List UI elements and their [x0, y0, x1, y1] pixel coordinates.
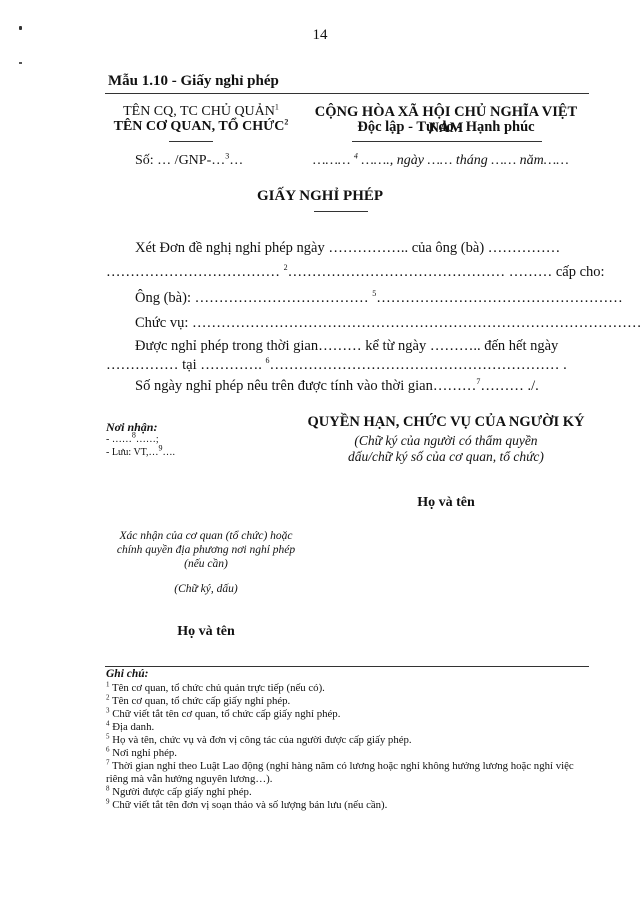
signer-name: Họ và tên	[296, 495, 596, 511]
recipient-item: - Lưu: VT,…9….	[106, 447, 175, 458]
underline	[352, 141, 542, 142]
divider	[105, 666, 589, 667]
scan-mark	[19, 62, 22, 64]
underline	[314, 211, 368, 212]
body-line: ……………………………… 2……………………………………… ……… cấp ch…	[106, 264, 592, 281]
signer-title: QUYỀN HẠN, CHỨC VỤ CỦA NGƯỜI KÝ	[296, 414, 596, 431]
notes-title: Ghi chú:	[106, 668, 149, 680]
footnote-item: 3 Chữ viết tắt tên cơ quan, tổ chức cấp …	[106, 708, 596, 721]
underline	[169, 141, 213, 142]
document-number: Số: … /GNP-…3…	[135, 153, 243, 169]
confirmation-name: Họ và tên	[106, 624, 306, 640]
footnote-item: 5 Họ và tên, chức vụ và đơn vị công tác …	[106, 734, 596, 747]
footnote-item: 6 Nơi nghỉ phép.	[106, 747, 596, 760]
divider	[105, 93, 589, 94]
footnote-item: 4 Địa danh.	[106, 721, 596, 734]
body-line: Ông (bà): ……………………………… 5……………………………………………	[135, 290, 623, 307]
document-title: GIẤY NGHỈ PHÉP	[0, 188, 640, 205]
confirmation-sign: (Chữ ký, dấu)	[106, 582, 306, 596]
footnote-item: 2 Tên cơ quan, tổ chức cấp giấy nghỉ phé…	[106, 695, 596, 708]
signer-note: (Chữ ký của người có thẩm quyền	[296, 433, 596, 449]
body-line: …………… tại …………. 6…………………………………………………… .	[106, 357, 567, 374]
footnote-item: 9 Chữ viết tắt tên đơn vị soạn thảo và s…	[106, 799, 596, 812]
org-name: TÊN CƠ QUAN, TỔ CHỨC2	[106, 119, 296, 135]
page-number: 14	[0, 27, 640, 44]
footnote-item: 8 Người được cấp giấy nghỉ phép.	[106, 786, 596, 799]
body-line: Được nghỉ phép trong thời gian……… kể từ …	[135, 338, 558, 355]
confirmation-text: Xác nhận của cơ quan (tổ chức) hoặc	[106, 529, 306, 543]
confirmation-text: chính quyền địa phương nơi nghỉ phép	[106, 543, 306, 557]
form-code: Mẫu 1.10 - Giấy nghỉ phép	[108, 73, 279, 90]
motto: Độc lập - Tự do - Hạnh phúc	[300, 119, 592, 135]
place-date: ……… 4 ……., ngày …… tháng …… năm……	[313, 153, 569, 169]
signer-note: dấu/chữ ký số của cơ quan, tổ chức)	[296, 449, 596, 465]
org-parent: TÊN CQ, TC CHỦ QUẢN1	[106, 104, 296, 120]
footnote-item: 7 Thời gian nghỉ theo Luật Lao động (ngh…	[106, 760, 596, 786]
recipient-item: - ……8……;	[106, 434, 159, 445]
confirmation-text: (nếu cần)	[106, 557, 306, 571]
body-line: Số ngày nghỉ phép nêu trên được tính vào…	[135, 378, 539, 395]
body-line: Xét Đơn đề nghị nghỉ phép ngày …………….. c…	[135, 240, 560, 257]
body-line: Chức vụ: ……………………………………………………………………………………	[135, 315, 640, 332]
footnote-item: 1 Tên cơ quan, tổ chức chủ quản trực tiế…	[106, 682, 596, 695]
